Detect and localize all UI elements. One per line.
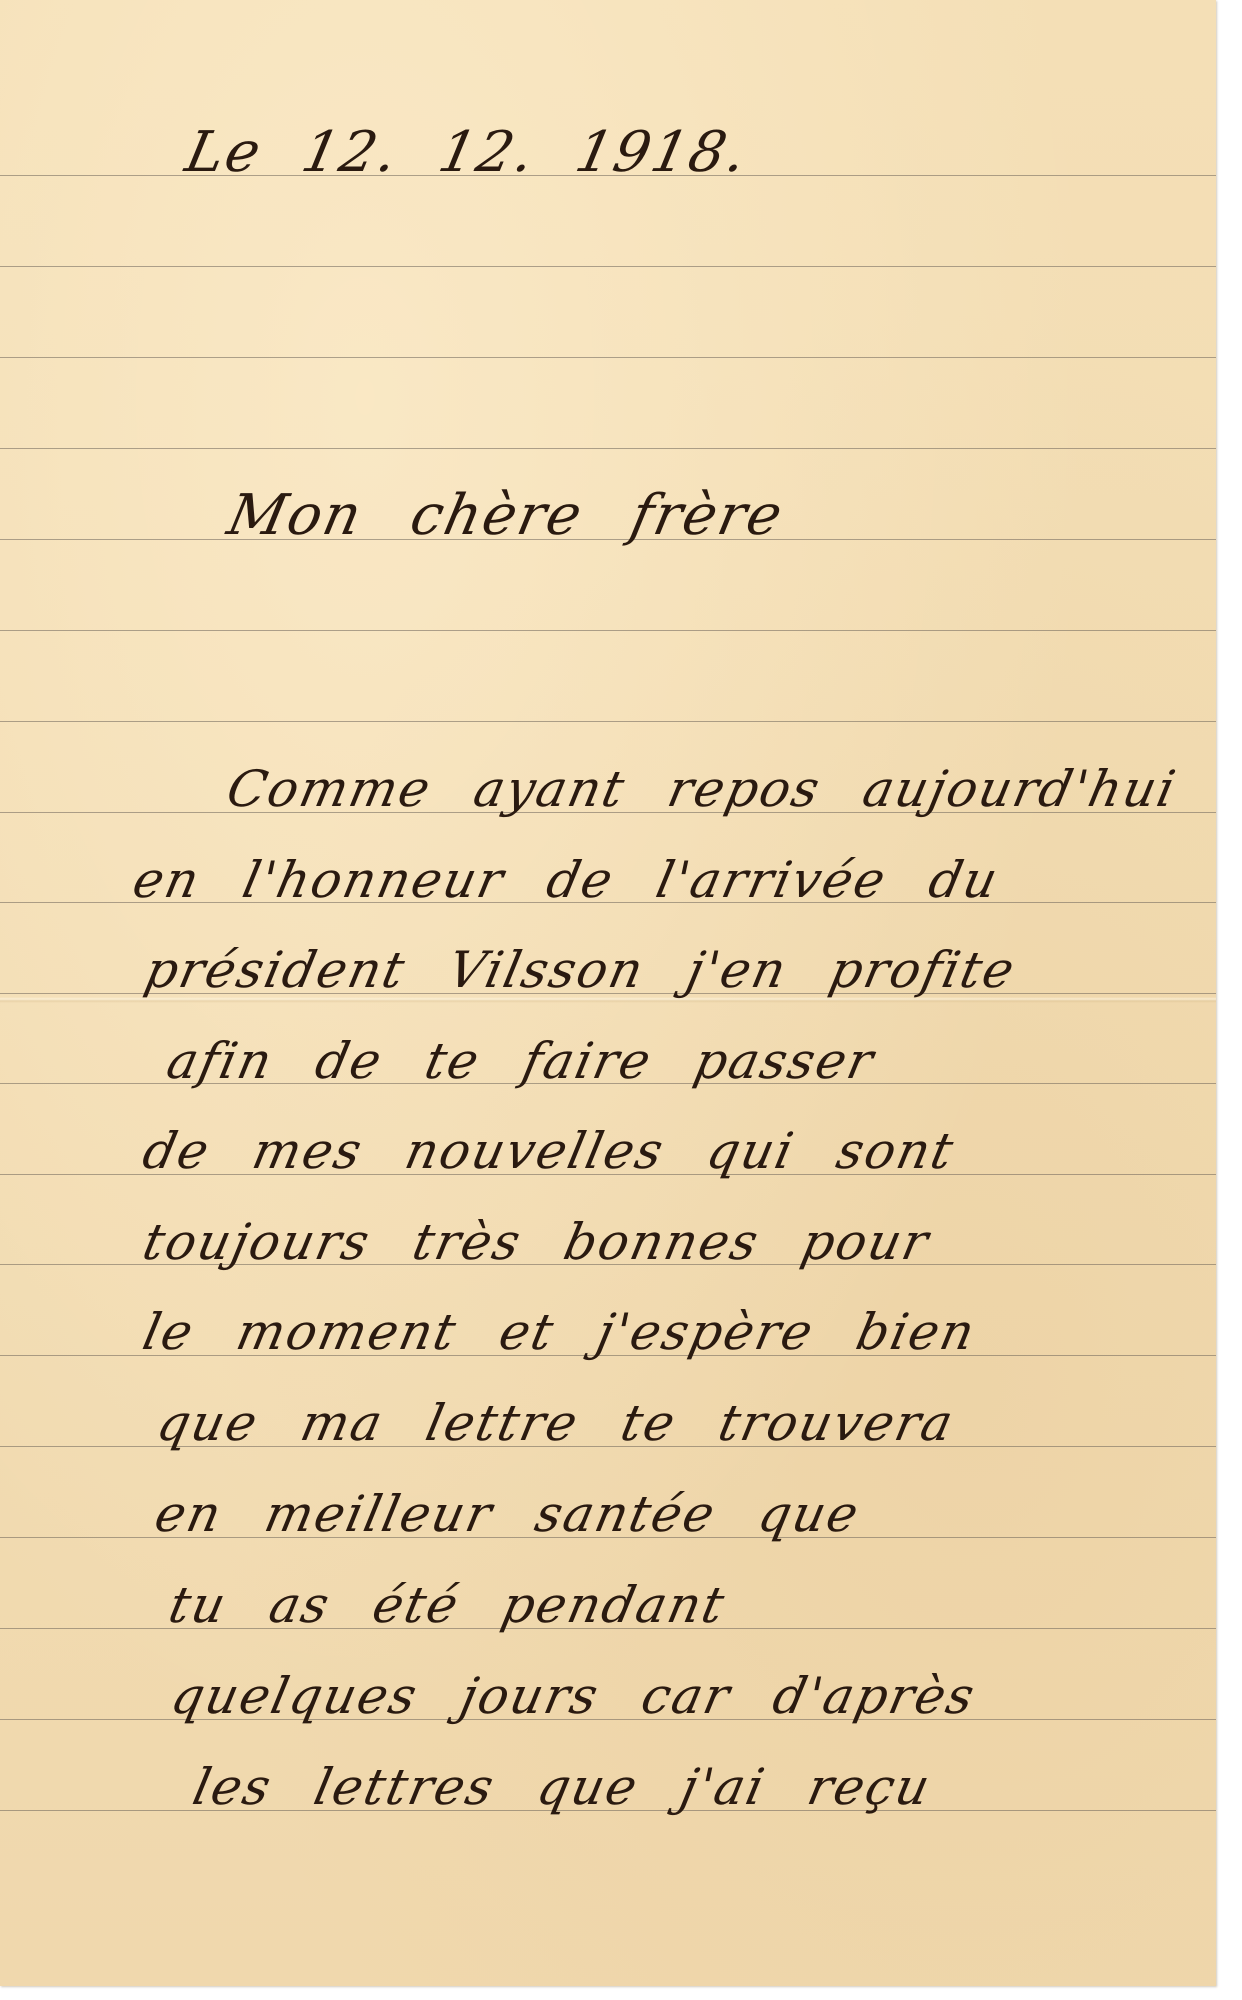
body-line: tu as été pendant <box>164 1576 731 1634</box>
letter-salutation: Mon chère frère <box>222 483 790 548</box>
body-line: président Vilsson j'en profite <box>140 941 1021 999</box>
body-line: Comme ayant repos aujourd'hui <box>222 760 1182 818</box>
body-line: le moment et j'espère bien <box>138 1303 981 1361</box>
body-line: quelques jours car d'après <box>166 1667 981 1725</box>
ruled-line <box>0 630 1216 631</box>
letter-paper: Le 12. 12. 1918. Mon chère frère Comme a… <box>0 0 1216 1986</box>
body-line: en meilleur santée que <box>150 1485 865 1543</box>
body-line: toujours très bonnes pour <box>138 1213 935 1271</box>
body-line: que ma lettre te trouvera <box>152 1394 960 1452</box>
body-line: en l'honneur de l'arrivée du <box>128 851 1004 909</box>
body-line: afin de te faire passer <box>162 1032 880 1090</box>
body-line: les lettres que j'ai reçu <box>188 1758 937 1816</box>
ruled-line <box>0 448 1216 449</box>
ruled-line <box>0 721 1216 722</box>
ruled-line <box>0 266 1216 267</box>
body-line: de mes nouvelles qui sont <box>138 1122 960 1180</box>
ruled-line <box>0 357 1216 358</box>
letter-date: Le 12. 12. 1918. <box>180 120 754 185</box>
